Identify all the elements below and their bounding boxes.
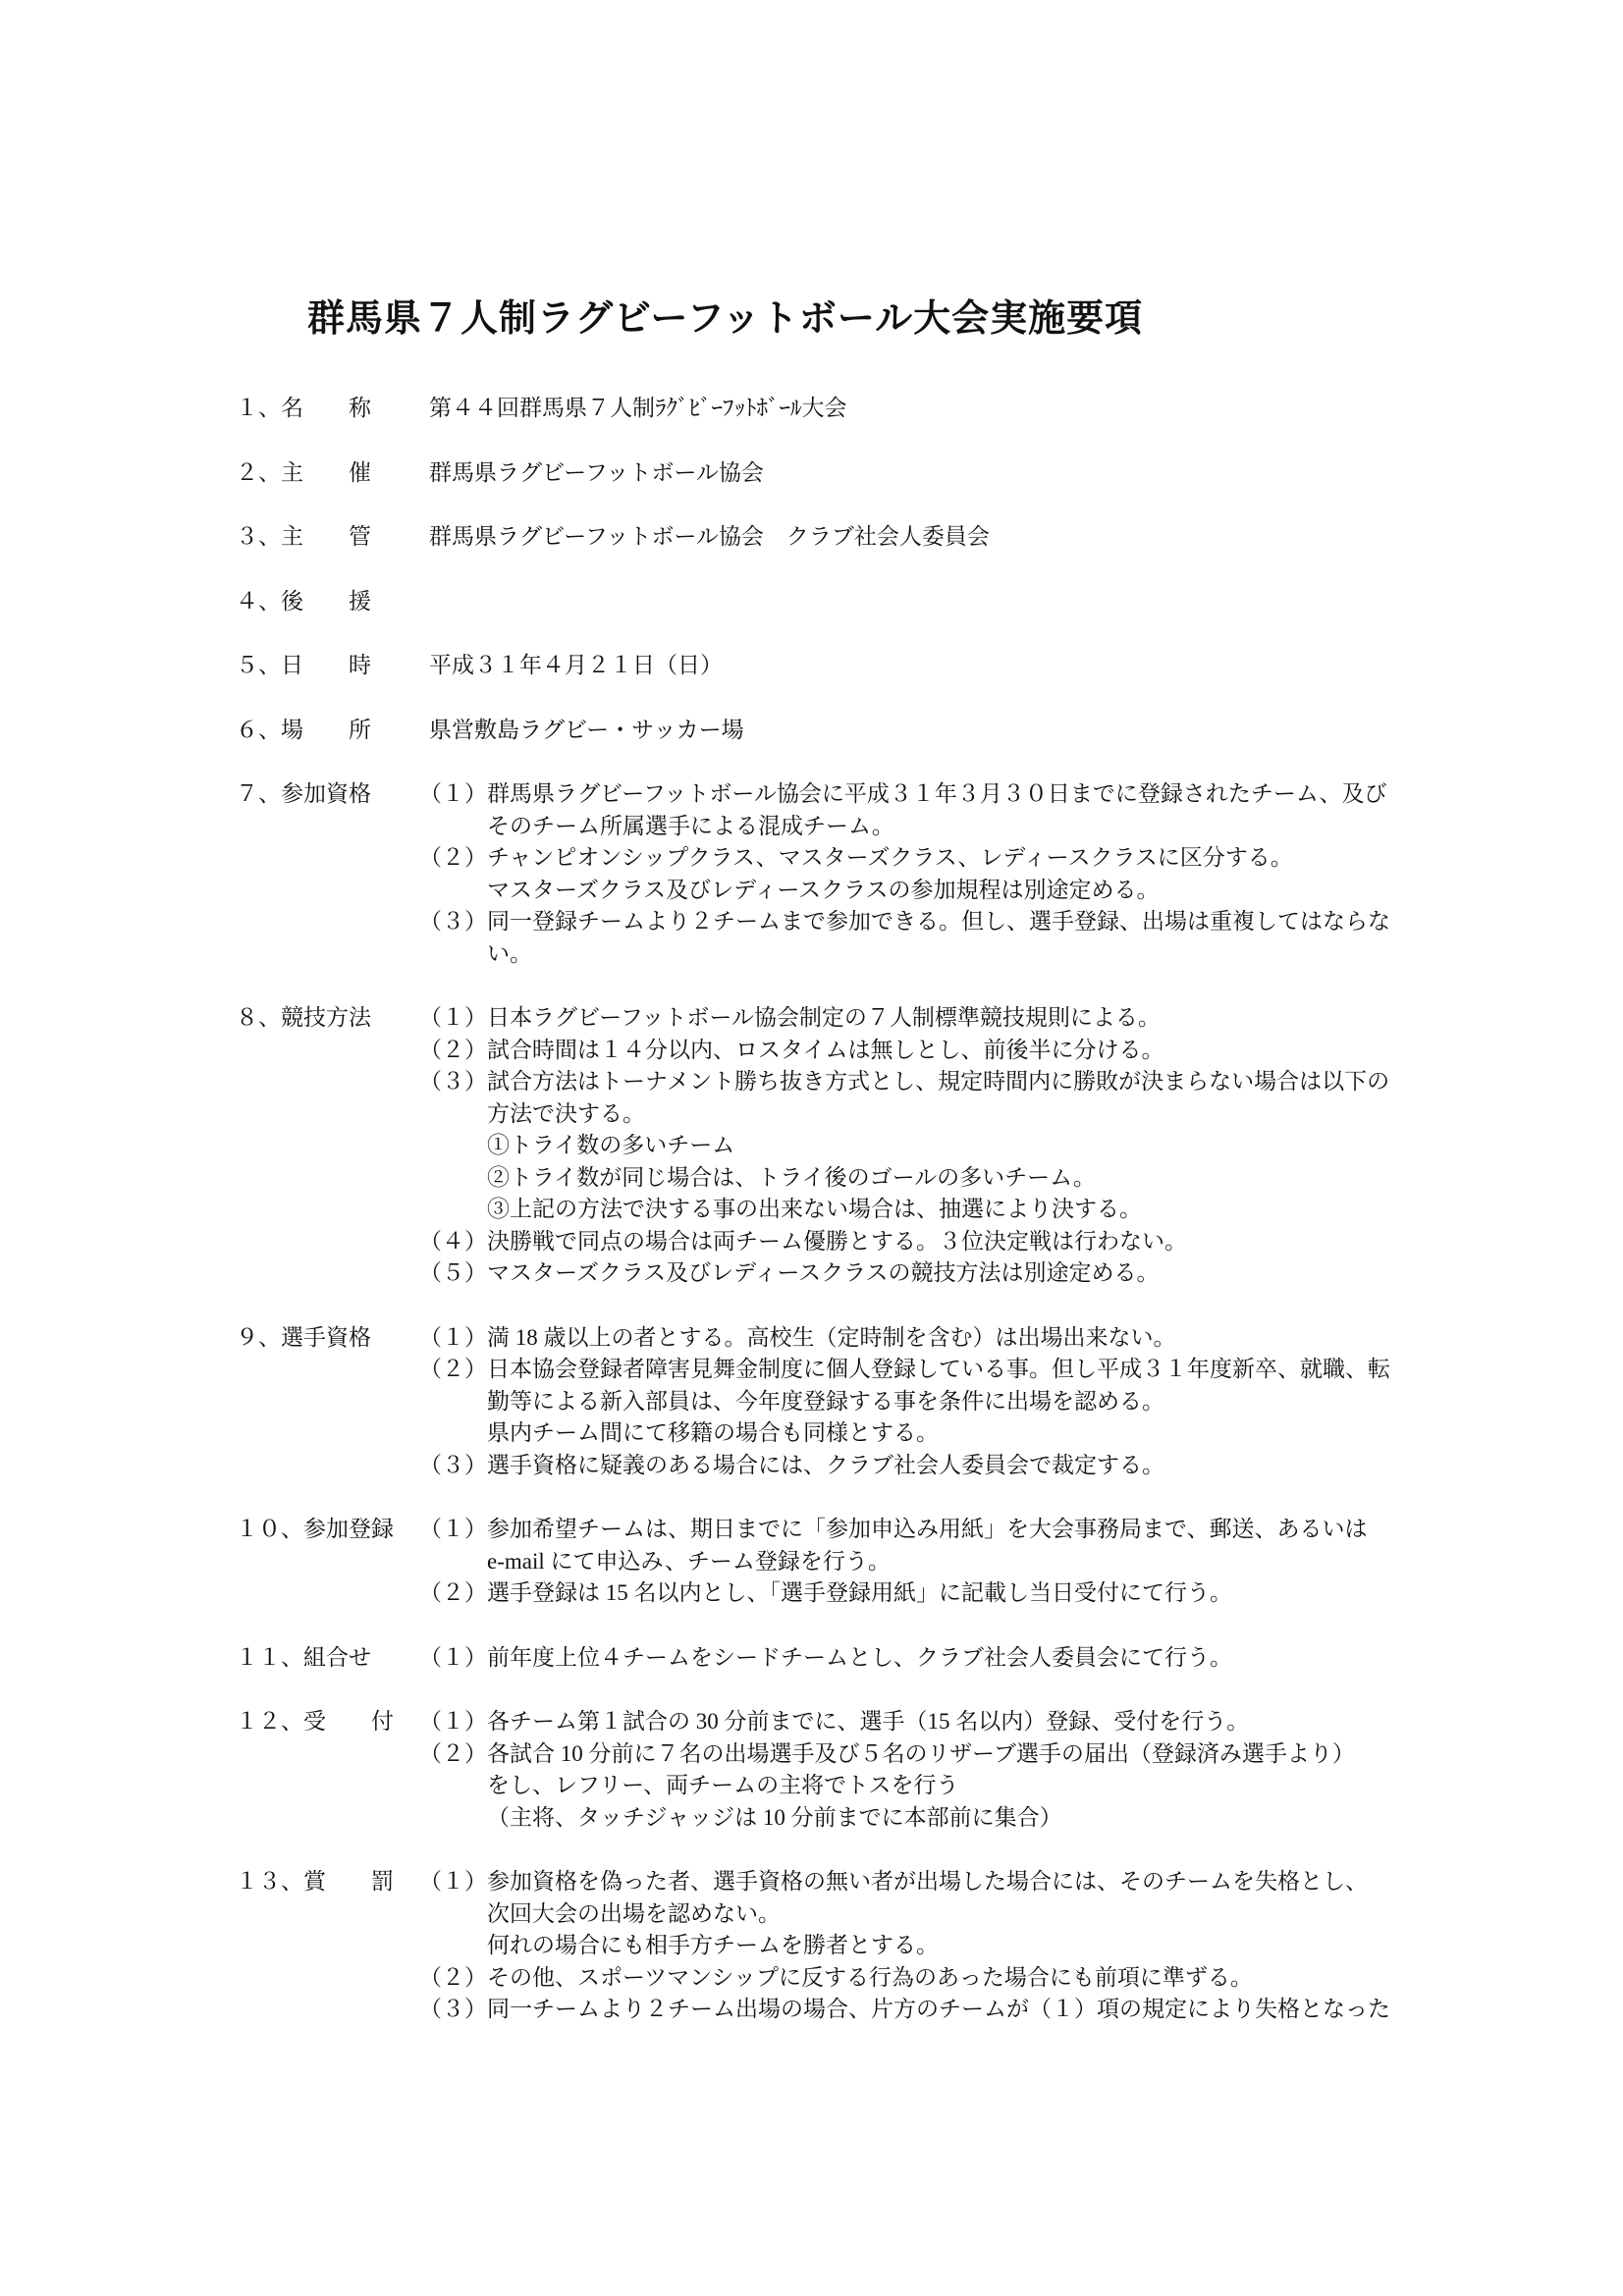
section-label: １０、参加登録 <box>236 1514 419 1546</box>
entry-marker: （１） <box>419 1642 487 1675</box>
section-place: ６、場 所 県営敷島ラグビー・サッカー場 <box>236 715 1446 747</box>
entry-marker: （２） <box>419 1962 487 1995</box>
section-label: ４、後 援 <box>236 586 429 618</box>
section-label: １１、組合せ <box>236 1642 419 1675</box>
entry-line: e-mail にて申込み、チーム登録を行う。 <box>487 1546 1446 1578</box>
section-support: ４、後 援 <box>236 586 1446 618</box>
section-label: ５、日 時 <box>236 650 429 682</box>
entry-line: 各試合 10 分前に７名の出場選手及び５名のリザーブ選手の届出（登録済み選手より… <box>487 1738 1446 1771</box>
entry: （２） 各試合 10 分前に７名の出場選手及び５名のリザーブ選手の届出（登録済み… <box>419 1738 1446 1835</box>
section-reception: １２、受 付 （１） 各チーム第１試合の 30 分前までに、選手（15 名以内）… <box>236 1706 1446 1834</box>
entry-line: その他、スポーツマンシップに反する行為のあった場合にも前項に準ずる。 <box>487 1962 1446 1995</box>
entry-marker: （５） <box>419 1257 487 1290</box>
section-value: 第４４回群馬県７人制ﾗｸﾞﾋﾞｰﾌｯﾄﾎﾞｰﾙ大会 <box>429 393 1446 425</box>
entry-marker: （２） <box>419 1035 487 1067</box>
entry: （１） 日本ラグビーフットボール協会制定の７人制標準競技規則による。 <box>419 1002 1446 1035</box>
entry: （３） 試合方法はトーナメント勝ち抜き方式とし、規定時間内に勝敗が決まらない場合… <box>419 1066 1446 1226</box>
entry-marker: （２） <box>419 842 487 875</box>
section-entries: （１） 日本ラグビーフットボール協会制定の７人制標準競技規則による。 （２） 試… <box>419 1002 1446 1290</box>
entry-line: 日本協会登録者障害見舞金制度に個人登録している事。但し平成３１年度新卒、就職、転 <box>487 1354 1446 1386</box>
entry-line: 県内チーム間にて移籍の場合も同様とする。 <box>487 1417 1446 1450</box>
entry: （１） 満 18 歳以上の者とする。高校生（定時制を含む）は出場出来ない。 <box>419 1322 1446 1355</box>
entry-marker: （３） <box>419 1994 487 2026</box>
entry-marker: （１） <box>419 778 487 811</box>
section-value: 群馬県ラグビーフットボール協会 クラブ社会人委員会 <box>429 521 1446 554</box>
section-registration: １０、参加登録 （１） 参加希望チームは、期日までに「参加申込み用紙」を大会事務… <box>236 1514 1446 1610</box>
entry-line: ②トライ数が同じ場合は、トライ後のゴールの多いチーム。 <box>487 1162 1446 1195</box>
section-date: ５、日 時 平成３１年４月２１日（日） <box>236 650 1446 682</box>
entry-line: 選手資格に疑義のある場合には、クラブ社会人委員会で裁定する。 <box>487 1450 1446 1482</box>
entry-marker: （２） <box>419 1738 487 1771</box>
entry: （３） 選手資格に疑義のある場合には、クラブ社会人委員会で裁定する。 <box>419 1450 1446 1482</box>
entry-line: 方法で決する。 <box>487 1098 1446 1131</box>
entry-marker: （１） <box>419 1322 487 1355</box>
entry-line: 何れの場合にも相手方チームを勝者とする。 <box>487 1930 1446 1962</box>
entry-line: 同一チームより２チーム出場の場合、片方のチームが（１）項の規定により失格となった <box>487 1994 1446 2026</box>
entry-marker: （１） <box>419 1706 487 1738</box>
entry-marker: （２） <box>419 1354 487 1386</box>
section-label: ２、主 催 <box>236 457 429 490</box>
entry-line: マスターズクラス及びレディースクラスの競技方法は別途定める。 <box>487 1257 1446 1290</box>
entry-line: 参加希望チームは、期日までに「参加申込み用紙」を大会事務局まで、郵送、あるいは <box>487 1514 1446 1546</box>
section-eligibility: ７、参加資格 （１） 群馬県ラグビーフットボール協会に平成３１年３月３０日までに… <box>236 778 1446 970</box>
section-label: ８、競技方法 <box>236 1002 419 1035</box>
document-body: １、名 称 第４４回群馬県７人制ﾗｸﾞﾋﾞｰﾌｯﾄﾎﾞｰﾙ大会 ２、主 催 群馬… <box>236 393 1446 2026</box>
entry-line: 群馬県ラグビーフットボール協会に平成３１年３月３０日までに登録されたチーム、及び <box>487 778 1446 811</box>
section-entries: （１） 前年度上位４チームをシードチームとし、クラブ社会人委員会にて行う。 <box>419 1642 1446 1675</box>
section-label: ６、場 所 <box>236 715 429 747</box>
entry-line: い。 <box>487 938 1446 971</box>
entry-marker: （１） <box>419 1866 487 1898</box>
entry-line: 満 18 歳以上の者とする。高校生（定時制を含む）は出場出来ない。 <box>487 1322 1446 1355</box>
entry-line: マスターズクラス及びレディースクラスの参加規程は別途定める。 <box>487 875 1446 907</box>
entry: （１） 前年度上位４チームをシードチームとし、クラブ社会人委員会にて行う。 <box>419 1642 1446 1675</box>
section-label: １２、受 付 <box>236 1706 419 1738</box>
entry: （５） マスターズクラス及びレディースクラスの競技方法は別途定める。 <box>419 1257 1446 1290</box>
entry-marker: （３） <box>419 1066 487 1098</box>
entry-line: 日本ラグビーフットボール協会制定の７人制標準競技規則による。 <box>487 1002 1446 1035</box>
document-page: 群馬県７人制ラグビーフットボール大会実施要項 １、名 称 第４４回群馬県７人制ﾗ… <box>0 0 1623 2296</box>
section-label: １３、賞 罰 <box>236 1866 419 1898</box>
entry: （３） 同一登録チームより２チームまで参加できる。但し、選手登録、出場は重複して… <box>419 906 1446 970</box>
entry-line: 勤等による新入部員は、今年度登録する事を条件に出場を認める。 <box>487 1386 1446 1418</box>
section-organizer: ２、主 催 群馬県ラグビーフットボール協会 <box>236 457 1446 490</box>
entry-line: 試合時間は１４分以内、ロスタイムは無しとし、前後半に分ける。 <box>487 1035 1446 1067</box>
entry: （２） 日本協会登録者障害見舞金制度に個人登録している事。但し平成３１年度新卒、… <box>419 1354 1446 1450</box>
section-label: １、名 称 <box>236 393 429 425</box>
section-value: 群馬県ラグビーフットボール協会 <box>429 457 1446 490</box>
section-entries: （１） 群馬県ラグビーフットボール協会に平成３１年３月３０日までに登録されたチー… <box>419 778 1446 970</box>
entry: （１） 各チーム第１試合の 30 分前までに、選手（15 名以内）登録、受付を行… <box>419 1706 1446 1738</box>
entry-marker: （３） <box>419 1450 487 1482</box>
section-entries: （１） 参加資格を偽った者、選手資格の無い者が出場した場合には、そのチームを失格… <box>419 1866 1446 2026</box>
section-label: ７、参加資格 <box>236 778 419 811</box>
entry-line: そのチーム所属選手による混成チーム。 <box>487 811 1446 843</box>
entry-line: チャンピオンシップクラス、マスターズクラス、レディースクラスに区分する。 <box>487 842 1446 875</box>
entry-marker: （２） <box>419 1577 487 1610</box>
section-name: １、名 称 第４４回群馬県７人制ﾗｸﾞﾋﾞｰﾌｯﾄﾎﾞｰﾙ大会 <box>236 393 1446 425</box>
entry-line: 参加資格を偽った者、選手資格の無い者が出場した場合には、そのチームを失格とし、 <box>487 1866 1446 1898</box>
entry-line: 各チーム第１試合の 30 分前までに、選手（15 名以内）登録、受付を行う。 <box>487 1706 1446 1738</box>
entry: （２） チャンピオンシップクラス、マスターズクラス、レディースクラスに区分する。… <box>419 842 1446 906</box>
entry-line: ③上記の方法で決する事の出来ない場合は、抽選により決する。 <box>487 1194 1446 1226</box>
document-title: 群馬県７人制ラグビーフットボール大会実施要項 <box>0 0 1623 342</box>
section-label: ９、選手資格 <box>236 1322 419 1355</box>
entry-line: 選手登録は 15 名以内とし、「選手登録用紙」に記載し当日受付にて行う。 <box>487 1577 1446 1610</box>
section-value: 県営敷島ラグビー・サッカー場 <box>429 715 1446 747</box>
section-entries: （１） 満 18 歳以上の者とする。高校生（定時制を含む）は出場出来ない。 （２… <box>419 1322 1446 1482</box>
entry-line: （主将、タッチジャッジは 10 分前までに本部前に集合） <box>487 1802 1446 1835</box>
entry-marker: （１） <box>419 1514 487 1546</box>
section-value: 平成３１年４月２１日（日） <box>429 650 1446 682</box>
entry-line: 次回大会の出場を認めない。 <box>487 1898 1446 1931</box>
entry-line: 試合方法はトーナメント勝ち抜き方式とし、規定時間内に勝敗が決まらない場合は以下の <box>487 1066 1446 1098</box>
entry-line: 前年度上位４チームをシードチームとし、クラブ社会人委員会にて行う。 <box>487 1642 1446 1675</box>
section-penalty: １３、賞 罰 （１） 参加資格を偽った者、選手資格の無い者が出場した場合には、そ… <box>236 1866 1446 2026</box>
entry: （２） 選手登録は 15 名以内とし、「選手登録用紙」に記載し当日受付にて行う。 <box>419 1577 1446 1610</box>
section-draw: １１、組合せ （１） 前年度上位４チームをシードチームとし、クラブ社会人委員会に… <box>236 1642 1446 1675</box>
entry-line: 同一登録チームより２チームまで参加できる。但し、選手登録、出場は重複してはならな <box>487 906 1446 938</box>
entry: （２） その他、スポーツマンシップに反する行為のあった場合にも前項に準ずる。 <box>419 1962 1446 1995</box>
entry: （１） 参加資格を偽った者、選手資格の無い者が出場した場合には、そのチームを失格… <box>419 1866 1446 1962</box>
entry-marker: （１） <box>419 1002 487 1035</box>
section-management: ３、主 管 群馬県ラグビーフットボール協会 クラブ社会人委員会 <box>236 521 1446 554</box>
entry-marker: （４） <box>419 1226 487 1258</box>
entry: （３） 同一チームより２チーム出場の場合、片方のチームが（１）項の規定により失格… <box>419 1994 1446 2026</box>
entry-line: をし、レフリー、両チームの主将でトスを行う <box>487 1770 1446 1802</box>
section-rules: ８、競技方法 （１） 日本ラグビーフットボール協会制定の７人制標準競技規則による… <box>236 1002 1446 1290</box>
section-entries: （１） 各チーム第１試合の 30 分前までに、選手（15 名以内）登録、受付を行… <box>419 1706 1446 1834</box>
section-player-eligibility: ９、選手資格 （１） 満 18 歳以上の者とする。高校生（定時制を含む）は出場出… <box>236 1322 1446 1482</box>
entry-marker: （３） <box>419 906 487 938</box>
entry: （１） 参加希望チームは、期日までに「参加申込み用紙」を大会事務局まで、郵送、あ… <box>419 1514 1446 1577</box>
entry: （１） 群馬県ラグビーフットボール協会に平成３１年３月３０日までに登録されたチー… <box>419 778 1446 842</box>
entry: （２） 試合時間は１４分以内、ロスタイムは無しとし、前後半に分ける。 <box>419 1035 1446 1067</box>
entry-line: 決勝戦で同点の場合は両チーム優勝とする。３位決定戦は行わない。 <box>487 1226 1446 1258</box>
section-entries: （１） 参加希望チームは、期日までに「参加申込み用紙」を大会事務局まで、郵送、あ… <box>419 1514 1446 1610</box>
entry-line: ①トライ数の多いチーム <box>487 1130 1446 1162</box>
entry: （４） 決勝戦で同点の場合は両チーム優勝とする。３位決定戦は行わない。 <box>419 1226 1446 1258</box>
section-label: ３、主 管 <box>236 521 429 554</box>
